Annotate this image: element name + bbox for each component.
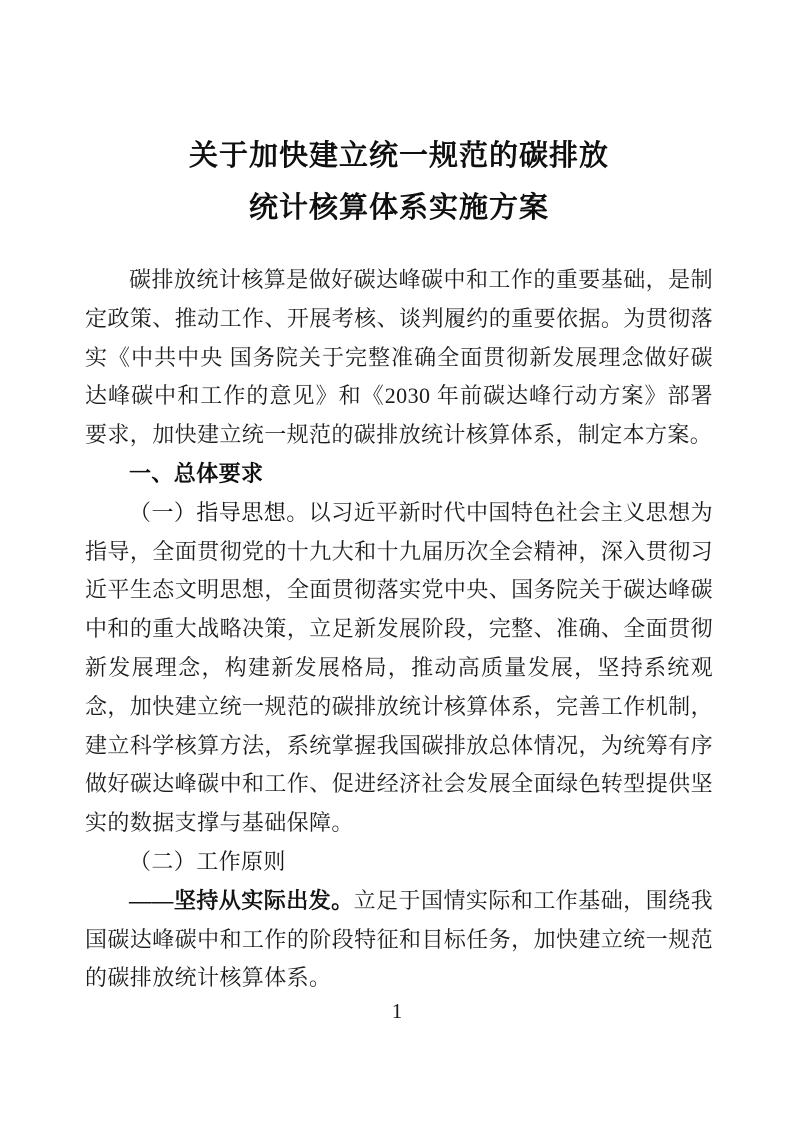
principle-from-reality-paragraph: ——坚持从实际出发。立足于国情实际和工作基础，围绕我国碳达峰碳中和工作的阶段特征… [85,882,713,998]
document-title-line-1: 关于加快建立统一规范的碳排放 [85,130,713,182]
guiding-ideology-paragraph: （一）指导思想。以习近平新时代中国特色社会主义思想为指导，全面贯彻党的十九大和十… [85,494,713,843]
guiding-ideology-lead: （一）指导思想。 [129,500,309,525]
document-title-line-2: 统计核算体系实施方案 [85,182,713,234]
page-number: 1 [392,999,403,1023]
intro-paragraph: 碳排放统计核算是做好碳达峰碳中和工作的重要基础，是制定政策、推动工作、开展考核、… [85,261,713,455]
page-footer: 1 [0,997,794,1025]
document-body: 碳排放统计核算是做好碳达峰碳中和工作的重要基础，是制定政策、推动工作、开展考核、… [85,261,713,998]
principle-from-reality-lead: ——坚持从实际出发。 [129,888,354,913]
section-heading-overall-requirements: 一、总体要求 [85,455,713,494]
guiding-ideology-text: 以习近平新时代中国特色社会主义思想为指导，全面贯彻党的十九大和十九届历次全会精神… [85,500,713,835]
document-page: 关于加快建立统一规范的碳排放 统计核算体系实施方案 碳排放统计核算是做好碳达峰碳… [0,0,794,1123]
document-title: 关于加快建立统一规范的碳排放 统计核算体系实施方案 [85,130,713,234]
subheading-work-principles: （二）工作原则 [85,843,713,882]
